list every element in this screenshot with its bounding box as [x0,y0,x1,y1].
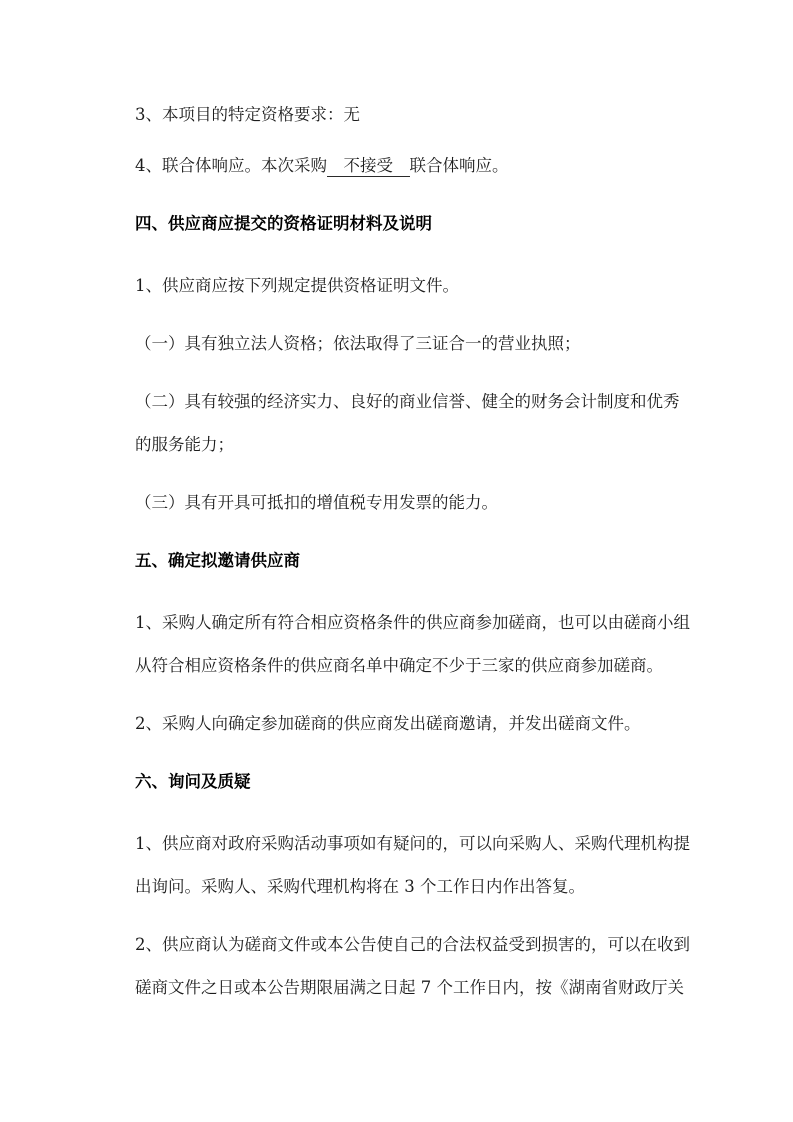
paragraph-consortium-response: 4、联合体响应。本次采购 不接受 联合体响应。 [135,144,688,187]
consortium-prefix-text: 4、联合体响应。本次采购 [135,156,327,175]
heading-line: 六、询问及质疑 [135,760,688,803]
heading-line: 四、供应商应提交的资格证明材料及说明 [135,202,688,245]
doc-line: 4、联合体响应。本次采购 不接受 联合体响应。 [135,144,688,187]
section-heading-5-invited-suppliers: 五、确定拟邀请供应商 [135,539,688,582]
paragraph-item-3-vat-invoice: （三）具有开具可抵扣的增值税专用发票的能力。 [135,481,688,524]
paragraph-buyer-sends-invitation: 2、采购人向确定参加磋商的供应商发出磋商邀请，并发出磋商文件。 [135,702,688,745]
doc-line: 从符合相应资格条件的供应商名单中确定不少于三家的供应商参加磋商。 [135,644,688,687]
doc-line: 出询问。采购人、采购代理机构将在 3 个工作日内作出答复。 [135,865,688,908]
doc-line: 的服务能力； [135,423,688,466]
paragraph-inquiry-procedure: 1、供应商对政府采购活动事项如有疑问的，可以向采购人、采购代理机构提 出询问。采… [135,822,688,908]
doc-line: 2、供应商认为磋商文件或本公告使自己的合法权益受到损害的，可以在收到 [135,923,688,966]
paragraph-specific-qualification: 3、本项目的特定资格要求：无 [135,93,688,136]
doc-line: （一）具有独立法人资格；依法取得了三证合一的营业执照； [135,322,688,365]
underlined-value: 不接受 [327,156,410,177]
doc-line: （三）具有开具可抵扣的增值税专用发票的能力。 [135,481,688,524]
paragraph-provide-certificates: 1、供应商应按下列规定提供资格证明文件。 [135,264,688,307]
section-heading-4-qualification-materials: 四、供应商应提交的资格证明材料及说明 [135,202,688,245]
paragraph-challenge-procedure: 2、供应商认为磋商文件或本公告使自己的合法权益受到损害的，可以在收到 磋商文件之… [135,923,688,1009]
doc-line: 3、本项目的特定资格要求：无 [135,93,688,136]
consortium-suffix-text: 联合体响应。 [410,156,509,175]
paragraph-item-2-economic-strength: （二）具有较强的经济实力、良好的商业信誉、健全的财务会计制度和优秀 的服务能力； [135,380,688,466]
document-page: 3、本项目的特定资格要求：无 4、联合体响应。本次采购 不接受 联合体响应。 四… [0,0,793,1122]
doc-line: （二）具有较强的经济实力、良好的商业信誉、健全的财务会计制度和优秀 [135,380,688,423]
doc-line: 1、供应商应按下列规定提供资格证明文件。 [135,264,688,307]
paragraph-buyer-determines-suppliers: 1、采购人确定所有符合相应资格条件的供应商参加磋商，也可以由磋商小组 从符合相应… [135,601,688,687]
heading-line: 五、确定拟邀请供应商 [135,539,688,582]
section-heading-6-inquiry-and-challenge: 六、询问及质疑 [135,760,688,803]
doc-line: 1、供应商对政府采购活动事项如有疑问的，可以向采购人、采购代理机构提 [135,822,688,865]
paragraph-item-1-legal-person: （一）具有独立法人资格；依法取得了三证合一的营业执照； [135,322,688,365]
doc-line: 2、采购人向确定参加磋商的供应商发出磋商邀请，并发出磋商文件。 [135,702,688,745]
doc-line: 磋商文件之日或本公告期限届满之日起 7 个工作日内，按《湖南省财政厅关 [135,966,688,1009]
doc-line: 1、采购人确定所有符合相应资格条件的供应商参加磋商，也可以由磋商小组 [135,601,688,644]
